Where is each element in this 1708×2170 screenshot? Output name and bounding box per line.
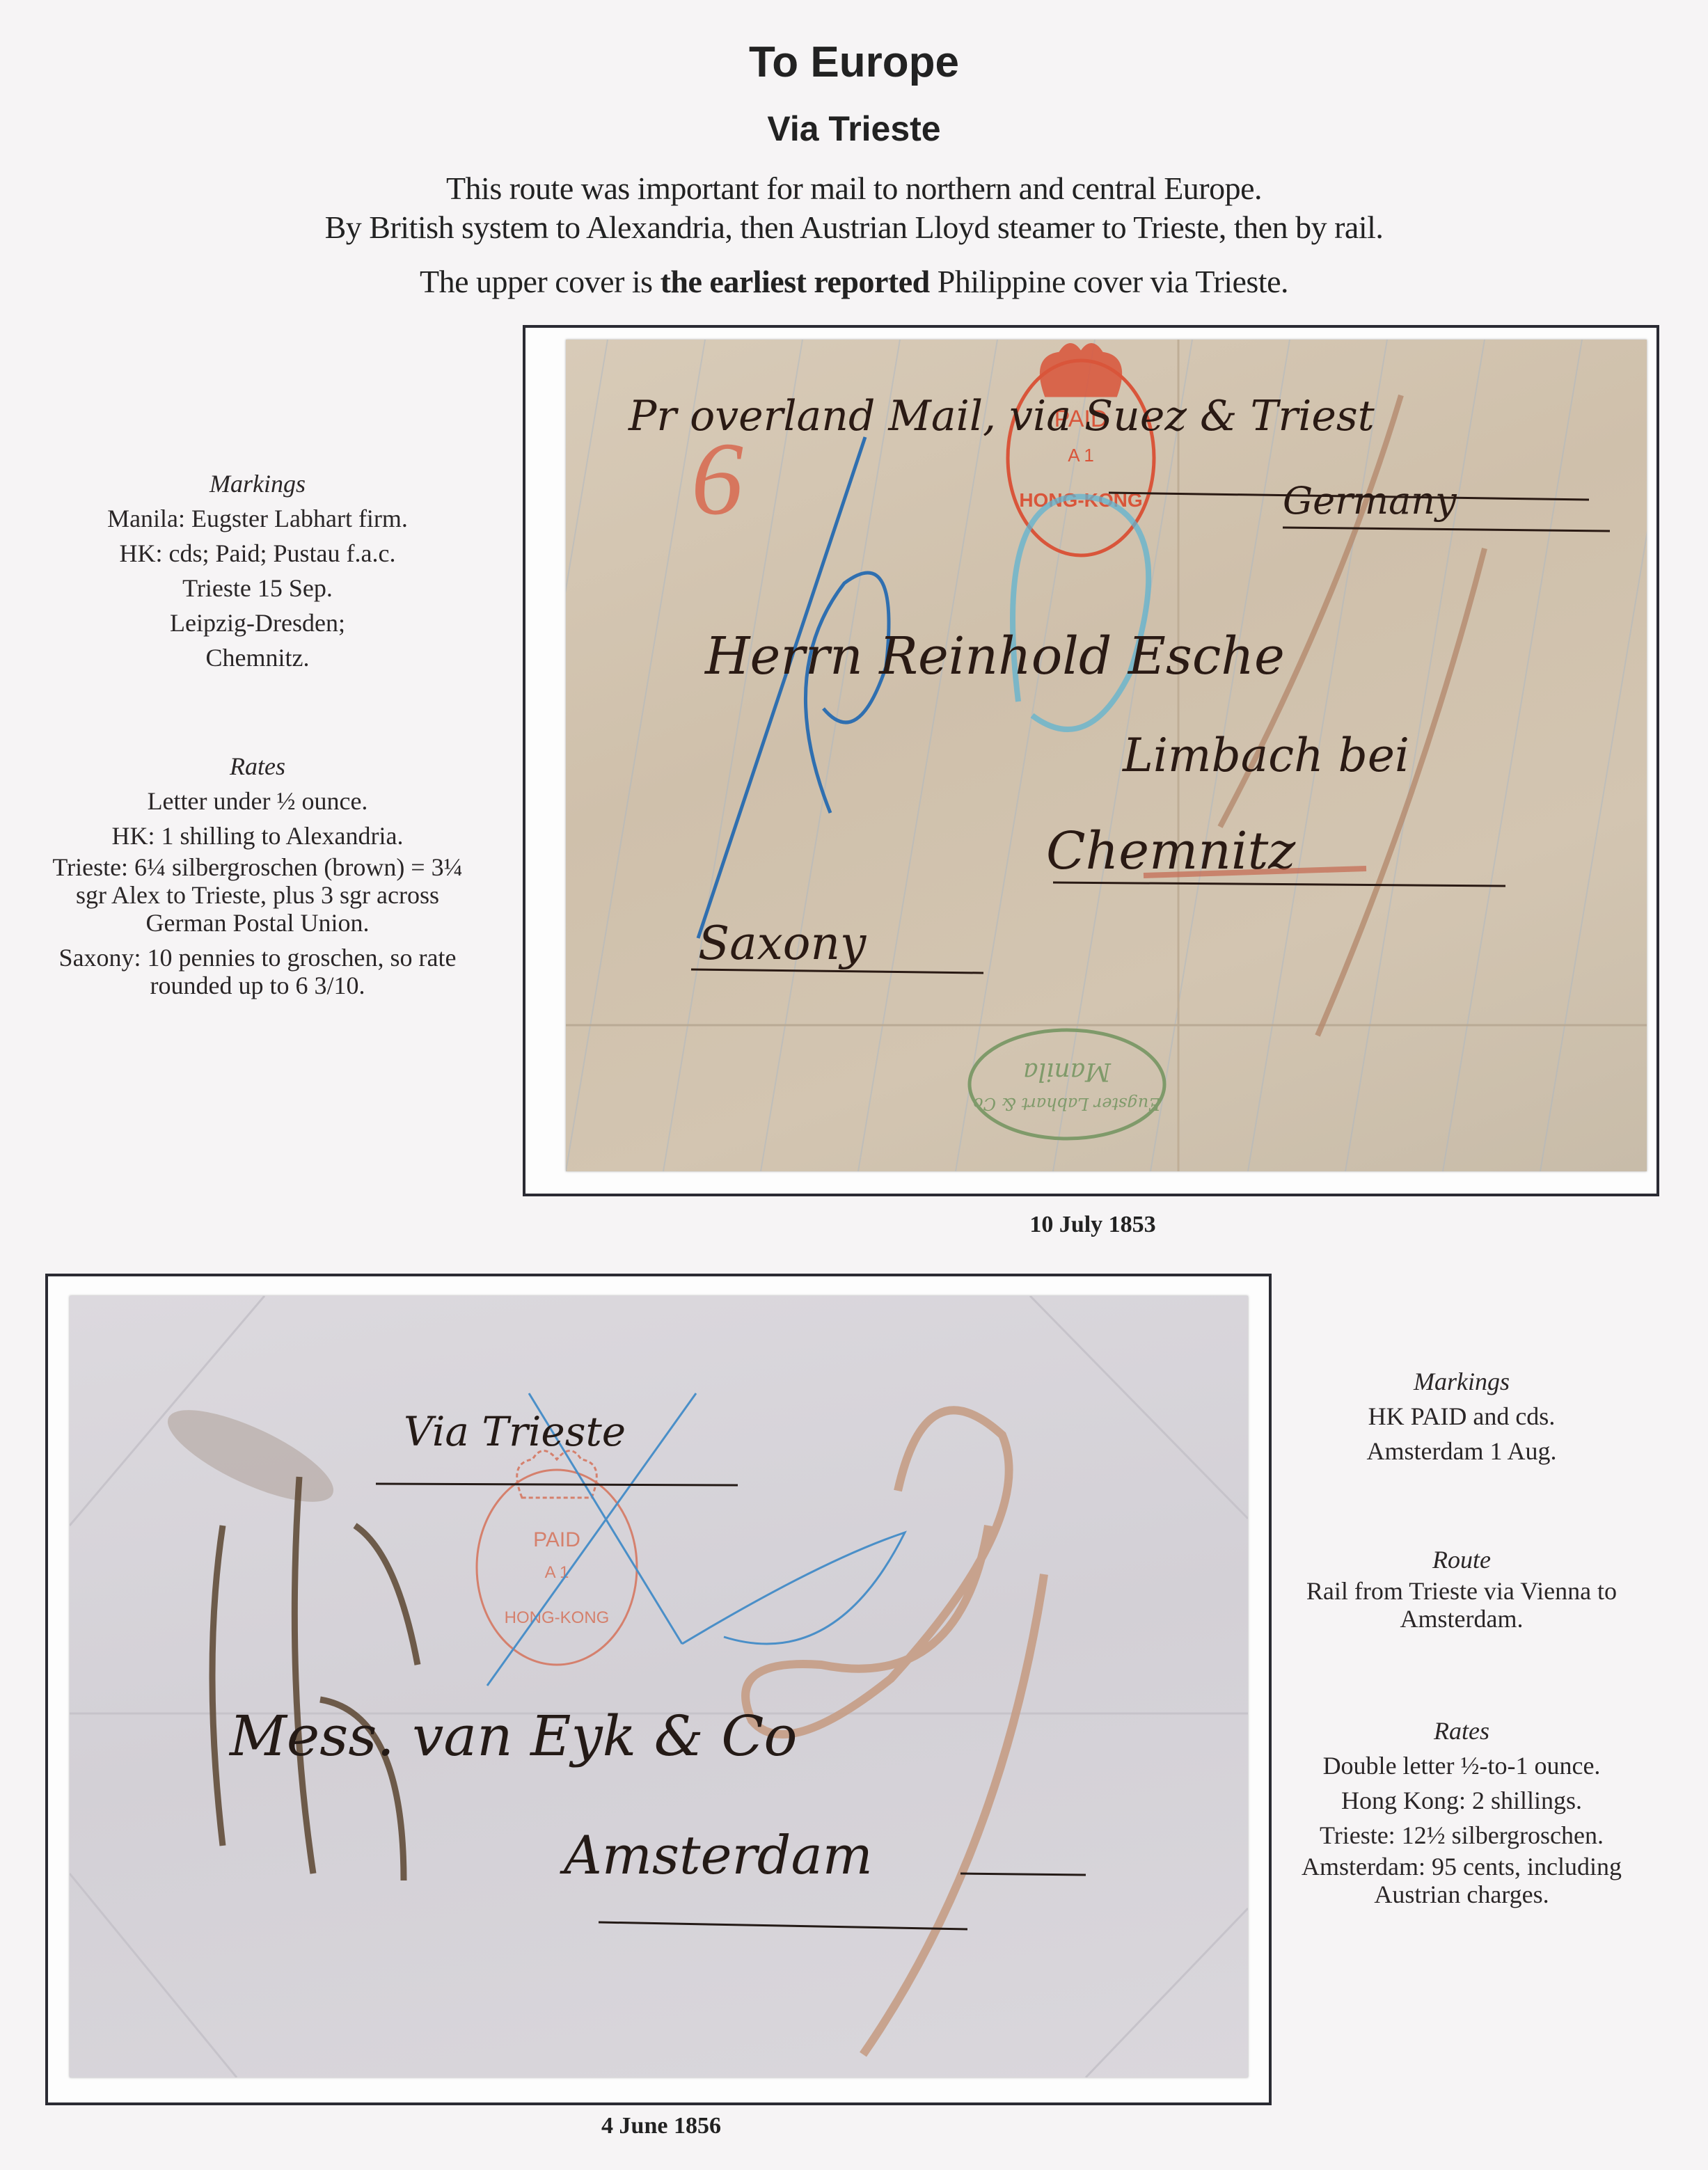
marking-item: Leipzig-Dresden;	[49, 605, 466, 640]
rate-item: Letter under ½ ounce.	[49, 784, 466, 818]
svg-text:HONG-KONG: HONG-KONG	[505, 1608, 610, 1627]
marking-item: HK: cds; Paid; Pustau f.a.c.	[49, 536, 466, 571]
rates-heading: Rates	[1267, 1713, 1656, 1748]
upper-cover-artwork: PAID A 1 HONG-KONG 6 Pr overland Mail, v…	[566, 340, 1647, 1171]
marking-item: Manila: Eugster Labhart firm.	[49, 501, 466, 536]
page-subtitle: Via Trieste	[0, 108, 1708, 150]
page-title: To Europe	[0, 38, 1708, 87]
lower-cover-date: 4 June 1856	[515, 2112, 807, 2140]
svg-text:Via Trieste: Via Trieste	[404, 1408, 626, 1455]
marking-item: Chemnitz.	[49, 640, 466, 675]
markings-heading: Markings	[1267, 1364, 1656, 1399]
rate-item: HK: 1 shilling to Alexandria.	[49, 818, 466, 853]
svg-text:Eugster Labhart & Co: Eugster Labhart & Co	[973, 1094, 1162, 1114]
intro-emphasis: the earliest reported	[661, 264, 930, 299]
markings-heading: Markings	[49, 466, 466, 501]
intro-text: This route was important for mail to nor…	[0, 169, 1708, 301]
svg-text:Limbach bei: Limbach bei	[1122, 729, 1409, 782]
lower-cover-notes: Markings HK PAID and cds. Amsterdam 1 Au…	[1267, 1364, 1656, 1915]
svg-text:PAID: PAID	[533, 1528, 580, 1551]
svg-text:Pr overland Mail, via Suez & T: Pr overland Mail, via Suez & Triest	[628, 392, 1375, 441]
marking-item: Amsterdam 1 Aug.	[1267, 1434, 1656, 1468]
hong-kong-paid-cancel-icon	[477, 1451, 637, 1665]
intro-line-1: This route was important for mail to nor…	[0, 169, 1708, 208]
lower-cover-image: PAID A 1 HONG-KONG Via Trieste Mess. van…	[70, 1296, 1248, 2077]
rate-item: Trieste: 12½ silbergroschen.	[1267, 1818, 1656, 1853]
lower-cover-artwork: PAID A 1 HONG-KONG Via Trieste Mess. van…	[70, 1296, 1248, 2077]
intro-line-3-post: Philippine cover via Trieste.	[930, 264, 1288, 299]
svg-text:Herrn Reinhold Esche: Herrn Reinhold Esche	[704, 626, 1285, 686]
eugster-labhart-handstamp-icon: Eugster Labhart & Co Manila	[970, 1030, 1164, 1139]
route-item: Rail from Trieste via Vienna to Amsterda…	[1267, 1577, 1656, 1633]
rate-item: Amsterdam: 95 cents, including Austrian …	[1267, 1853, 1656, 1908]
marking-item: HK PAID and cds.	[1267, 1399, 1656, 1434]
svg-text:Germany: Germany	[1283, 479, 1457, 523]
rates-heading: Rates	[49, 749, 466, 784]
intro-line-3: The upper cover is the earliest reported…	[0, 262, 1708, 301]
rate-item: Double letter ½-to-1 ounce.	[1267, 1748, 1656, 1783]
rate-item: Saxony: 10 pennies to groschen, so rate …	[49, 944, 466, 999]
upper-cover-date: 10 July 1853	[954, 1211, 1232, 1239]
intro-line-3-pre: The upper cover is	[420, 264, 661, 299]
rate-item: Trieste: 6¼ silbergroschen (brown) = 3¼ …	[49, 853, 466, 937]
svg-text:Saxony: Saxony	[698, 917, 867, 970]
upper-cover-image: PAID A 1 HONG-KONG 6 Pr overland Mail, v…	[566, 340, 1647, 1171]
svg-text:A 1: A 1	[1068, 445, 1094, 466]
intro-line-2: By British system to Alexandria, then Au…	[0, 208, 1708, 247]
svg-text:A 1: A 1	[545, 1563, 569, 1582]
upper-cover-notes: Markings Manila: Eugster Labhart firm. H…	[49, 466, 466, 1006]
route-heading: Route	[1267, 1542, 1656, 1577]
svg-text:Manila: Manila	[1023, 1057, 1112, 1086]
svg-text:Mess. van Eyk & Co: Mess. van Eyk & Co	[228, 1704, 798, 1768]
rate-item: Hong Kong: 2 shillings.	[1267, 1783, 1656, 1818]
svg-text:Amsterdam: Amsterdam	[560, 1824, 873, 1886]
marking-item: Trieste 15 Sep.	[49, 571, 466, 605]
